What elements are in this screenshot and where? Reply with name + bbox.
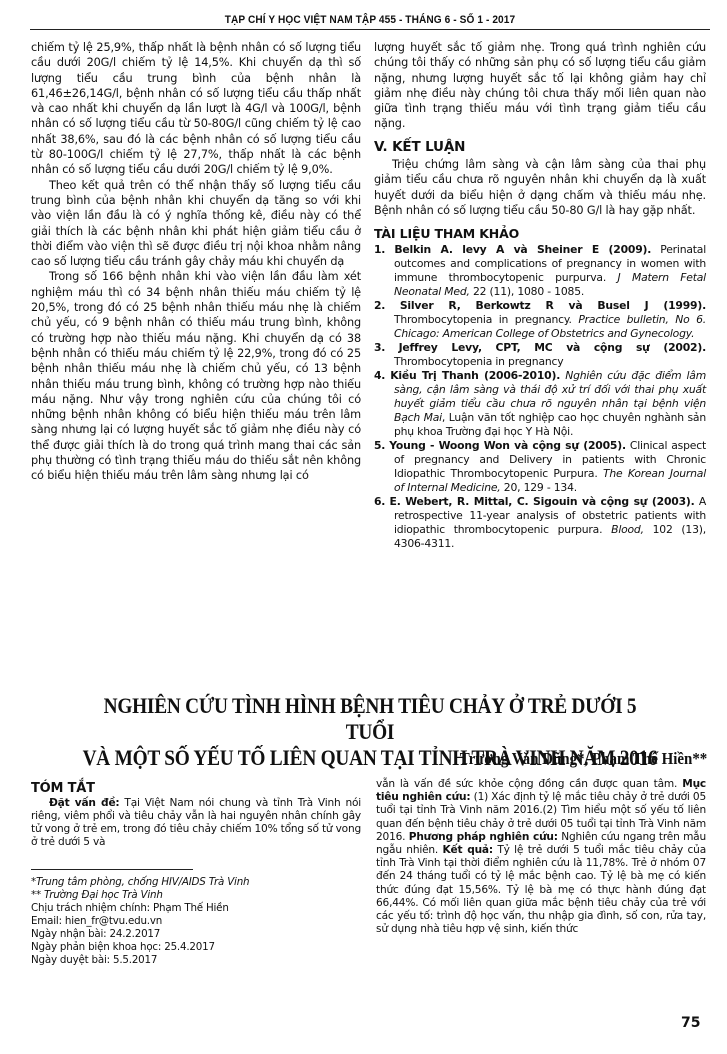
header-rule xyxy=(30,29,710,30)
ref-title: Thrombocytopenia in pregnancy xyxy=(394,355,563,368)
reference-item: 1. Belkin A. levy A và Sheiner E (2009).… xyxy=(374,243,706,299)
journal-running-title: TẠP CHÍ Y HỌC VIỆT NAM TẬP 455 - THÁNG 6… xyxy=(57,14,683,26)
abstract-paragraph: Đặt vấn đề: Tại Việt Nam nói chung và tỉ… xyxy=(31,797,361,849)
ref-source: Blood, xyxy=(611,523,644,536)
ref-title: Thrombocytopenia in pregnancy. xyxy=(394,313,578,326)
reference-item: 6. E. Webert, R. Mittal, C. Sigouin và c… xyxy=(374,495,706,551)
ref-authors: Kiều Trị Thanh (2006-2010). xyxy=(390,369,560,382)
footnotes: *Trung tâm phòng, chống HIV/AIDS Trà Vin… xyxy=(31,876,361,967)
abstract-label: Kết quả: xyxy=(443,844,493,856)
ref-authors: Young - Woong Won và cộng sự (2005). xyxy=(389,439,626,452)
date-reviewed: Ngày phản biện khoa học: 25.4.2017 xyxy=(31,941,361,954)
affiliation-1: *Trung tâm phòng, chống HIV/AIDS Trà Vin… xyxy=(31,876,249,888)
date-accepted: Ngày duyệt bài: 5.5.2017 xyxy=(31,954,361,967)
ref-authors: E. Webert, R. Mittal, C. Sigouin và cộng… xyxy=(390,495,695,508)
date-received: Ngày nhận bài: 24.2.2017 xyxy=(31,928,361,941)
ref-tail: 20, 129 - 134. xyxy=(501,481,577,494)
ref-authors: Jeffrey Levy, CPT, MC và cộng sự (2002). xyxy=(399,341,706,354)
reference-list: 1. Belkin A. levy A và Sheiner E (2009).… xyxy=(374,243,706,551)
page-number: 75 xyxy=(681,1015,700,1031)
paragraph: Theo kết quả trên có thể nhận thấy số lư… xyxy=(31,178,361,270)
ref-authors: Belkin A. levy A và Sheiner E (2009). xyxy=(394,243,651,256)
abstract-right-column: vẫn là vấn đề sức khỏe cộng đồng cần đượ… xyxy=(376,778,706,936)
running-header: TẠP CHÍ Y HỌC VIỆT NAM TẬP 455 - THÁNG 6… xyxy=(30,8,710,30)
ref-number: 6. xyxy=(374,495,385,508)
abstract-text: vẫn là vấn đề sức khỏe cộng đồng cần đượ… xyxy=(376,778,682,790)
article-authors: Trương Văn Dũng*, Phạm Thế Hiền** xyxy=(459,749,707,769)
section-heading-conclusion: V. KẾT LUẬN xyxy=(374,140,706,155)
reference-item: 2. Silver R, Berkowtz R và Busel J (1999… xyxy=(374,299,706,341)
references-heading: TÀI LIỆU THAM KHẢO xyxy=(374,226,706,241)
ref-number: 3. xyxy=(374,341,385,354)
abstract-heading: TÓM TẮT xyxy=(31,782,361,795)
abstract-label: Phương pháp nghiên cứu: xyxy=(409,831,558,843)
paragraph: Trong số 166 bệnh nhân khi vào viện lần … xyxy=(31,269,361,483)
ref-number: 5. xyxy=(374,439,385,452)
corresponding-author: Chịu trách nhiệm chính: Phạm Thế Hiền xyxy=(31,902,361,915)
abstract-label: Đặt vấn đề: xyxy=(49,797,119,809)
ref-tail: 22 (11), 1080 - 1085. xyxy=(470,285,584,298)
ref-number: 2. xyxy=(374,299,385,312)
reference-item: 4. Kiều Trị Thanh (2006-2010). Nghiên cứ… xyxy=(374,369,706,439)
ref-number: 1. xyxy=(374,243,385,256)
footnote-rule xyxy=(31,869,193,870)
abstract-text: Tỷ lệ trẻ dưới 5 tuổi mắc tiêu chảy của … xyxy=(376,844,706,935)
paragraph: chiếm tỷ lệ 25,9%, thấp nhất là bệnh nhâ… xyxy=(31,40,361,178)
abstract-left-column: TÓM TẮT Đặt vấn đề: Tại Việt Nam nói chu… xyxy=(31,782,361,967)
article-title-line-1: NGHIÊN CỨU TÌNH HÌNH BỆNH TIÊU CHẢY Ở TR… xyxy=(78,693,663,745)
prev-article-right-column: lượng huyết sắc tố giảm nhẹ. Trong quá t… xyxy=(374,40,706,551)
ref-authors: Silver R, Berkowtz R và Busel J (1999). xyxy=(400,299,706,312)
reference-item: 5. Young - Woong Won và cộng sự (2005). … xyxy=(374,439,706,495)
abstract-paragraph: vẫn là vấn đề sức khỏe cộng đồng cần đượ… xyxy=(376,778,706,936)
ref-number: 4. xyxy=(374,369,385,382)
affiliation-2: ** Trường Đại học Trà Vinh xyxy=(31,889,163,901)
paragraph: lượng huyết sắc tố giảm nhẹ. Trong quá t… xyxy=(374,40,706,132)
conclusion-paragraph: Triệu chứng lâm sàng và cận lâm sàng của… xyxy=(374,157,706,218)
prev-article-left-column: chiếm tỷ lệ 25,9%, thấp nhất là bệnh nhâ… xyxy=(31,40,361,484)
email: Email: hien_fr@tvu.edu.vn xyxy=(31,915,361,928)
reference-item: 3. Jeffrey Levy, CPT, MC và cộng sự (200… xyxy=(374,341,706,369)
